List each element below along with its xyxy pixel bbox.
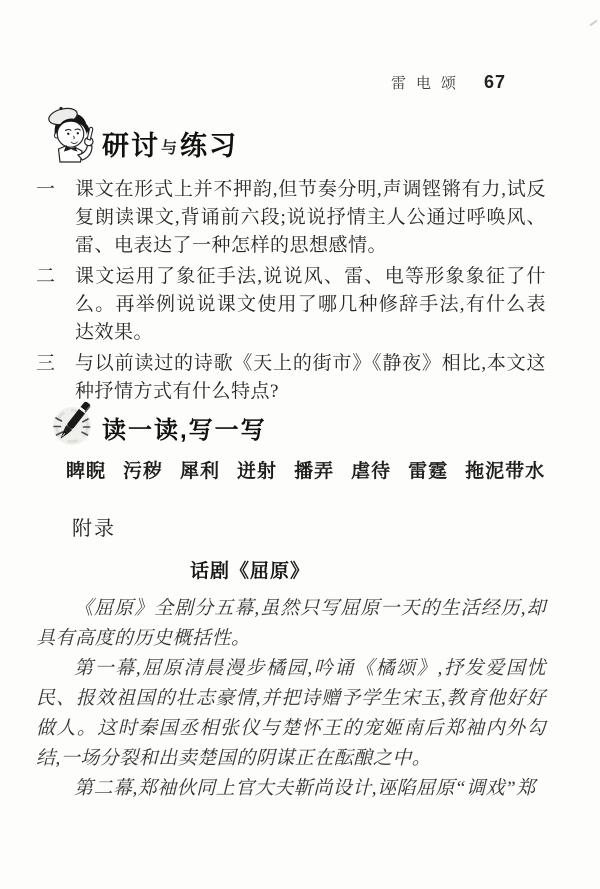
scan-artifact bbox=[589, 20, 598, 27]
exercise-list: 一 课文在形式上并不押韵,但节奏分明,声调铿锵有力,试反复朗读课文,背诵前六段;… bbox=[36, 176, 546, 409]
appendix-paragraph: 《屈原》全剧分五幕,虽然只写屈原一天的生活经历,却具有高度的历史概括性。 bbox=[36, 594, 546, 654]
word-item: 睥睨 bbox=[66, 456, 106, 483]
word-item: 犀利 bbox=[180, 456, 220, 483]
appendix-paragraph: 第二幕,郑袖伙同上官大夫靳尚设计,诬陷屈原“调戏”郑 bbox=[36, 774, 546, 804]
exercises-title-part2: 练习 bbox=[180, 131, 238, 161]
exercises-title-conjunction: 与 bbox=[160, 140, 180, 157]
exercise-item-1: 一 课文在形式上并不押韵,但节奏分明,声调铿锵有力,试反复朗读课文,背诵前六段;… bbox=[36, 176, 546, 260]
appendix-subtitle: 话剧《屈原》 bbox=[30, 556, 470, 583]
exercise-text: 与以前读过的诗歌《天上的街市》《静夜》相比,本文这种抒情方式有什么特点? bbox=[75, 350, 546, 406]
appendix-heading: 附录 bbox=[72, 512, 116, 541]
pen-starburst-icon bbox=[44, 392, 102, 463]
exercise-marker: 一 bbox=[36, 176, 75, 260]
word-item: 播弄 bbox=[294, 456, 334, 483]
word-item: 拖泥带水 bbox=[465, 456, 545, 483]
exercises-title-part1: 研讨 bbox=[102, 131, 160, 161]
exercise-text: 课文运用了象征手法,说说风、雷、电等形象象征了什么。再举例说说课文使用了哪几种修… bbox=[75, 263, 546, 347]
running-head: 雷电颂 67 bbox=[391, 72, 506, 93]
pointing-child-icon bbox=[42, 104, 106, 181]
exercises-section-title: 研讨与练习 bbox=[102, 124, 238, 163]
word-item: 雷霆 bbox=[408, 456, 448, 483]
textbook-page: 雷电颂 67 bbox=[0, 0, 600, 889]
page-number: 67 bbox=[484, 72, 506, 93]
exercise-item-2: 二 课文运用了象征手法,说说风、雷、电等形象象征了什么。再举例说说课文使用了哪几… bbox=[36, 263, 546, 347]
readwrite-section-title: 读一读,写一写 bbox=[102, 410, 267, 445]
exercise-item-3: 三 与以前读过的诗歌《天上的街市》《静夜》相比,本文这种抒情方式有什么特点? bbox=[36, 350, 546, 406]
exercise-marker: 二 bbox=[36, 263, 75, 347]
exercise-text: 课文在形式上并不押韵,但节奏分明,声调铿锵有力,试反复朗读课文,背诵前六段;说说… bbox=[75, 176, 546, 260]
word-item: 迸射 bbox=[237, 456, 277, 483]
appendix-body: 《屈原》全剧分五幕,虽然只写屈原一天的生活经历,却具有高度的历史概括性。 第一幕… bbox=[36, 594, 546, 804]
word-list: 睥睨 污秽 犀利 迸射 播弄 虐待 雷霆 拖泥带水 bbox=[66, 456, 545, 483]
lesson-title: 雷电颂 bbox=[391, 72, 466, 93]
word-item: 污秽 bbox=[123, 456, 163, 483]
appendix-paragraph: 第一幕,屈原清晨漫步橘园,吟诵《橘颂》,抒发爱国忧民、报效祖国的壮志豪情,并把诗… bbox=[36, 654, 546, 774]
word-item: 虐待 bbox=[351, 456, 391, 483]
